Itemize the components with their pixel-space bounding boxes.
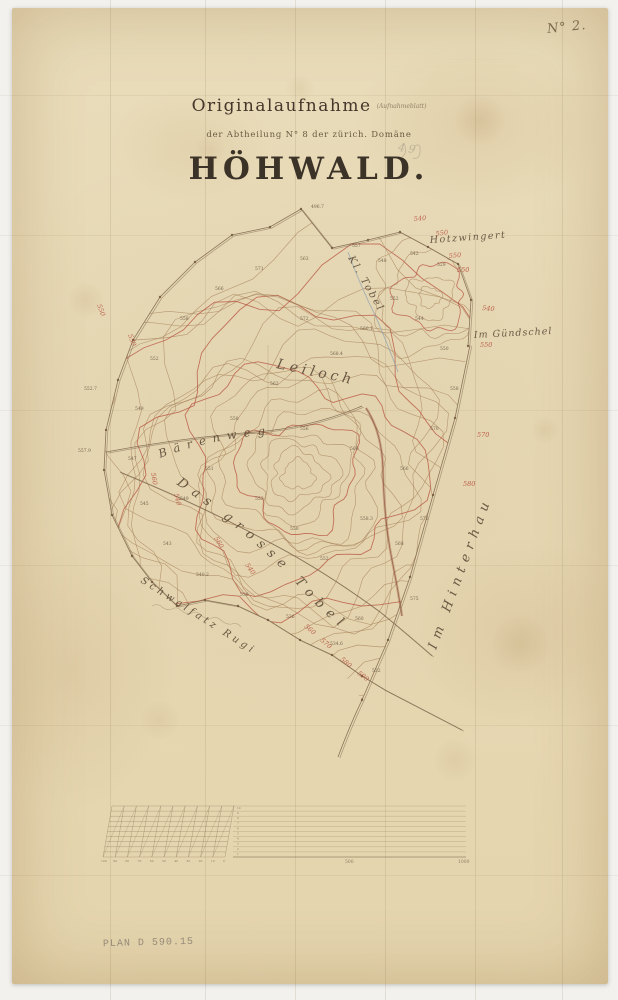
spot-height: 496.7 bbox=[311, 204, 324, 210]
spot-height: 552.7 bbox=[84, 386, 97, 392]
spot-height: 568.4 bbox=[330, 351, 343, 357]
contour-elevation: 560 bbox=[212, 535, 225, 550]
boundary-dot bbox=[457, 263, 459, 265]
label-schwalfatz-rugi: Schwalfatz Rugi bbox=[138, 575, 258, 657]
spot-height: 560 bbox=[355, 616, 364, 622]
contour-elevation: 540 bbox=[482, 304, 495, 313]
spot-height: 571 bbox=[255, 266, 264, 272]
boundary-dot bbox=[269, 226, 271, 228]
spot-height: 566 bbox=[400, 466, 409, 472]
scale-row-label: 5 bbox=[237, 832, 239, 836]
contour-elevation: 590 bbox=[356, 669, 371, 683]
spot-height: 548 bbox=[378, 258, 387, 264]
contour-elevation: 580 bbox=[463, 480, 475, 488]
contour bbox=[247, 432, 352, 526]
road-line bbox=[338, 345, 470, 757]
spot-height: 547 bbox=[128, 456, 137, 462]
scale-row-label: 2 bbox=[237, 847, 239, 851]
contour-elevation: 540 bbox=[413, 214, 426, 223]
label-baerenweg: Bärenweg bbox=[155, 423, 272, 461]
boundary-dot bbox=[105, 429, 107, 431]
spot-height: 550 bbox=[290, 526, 299, 532]
scale-minor-label: 70 bbox=[138, 859, 142, 863]
spot-height: 557.9 bbox=[78, 448, 91, 454]
scale-mid-label: 500 bbox=[345, 859, 354, 865]
boundary-dot bbox=[387, 639, 389, 641]
spot-height: 552 bbox=[150, 356, 159, 362]
label-im-guendschel: Im Gündschel bbox=[473, 326, 553, 341]
scale-minor-label: 30 bbox=[186, 859, 190, 863]
scale-minor-label: 100 bbox=[101, 859, 107, 863]
contour bbox=[199, 367, 422, 577]
boundary-dot bbox=[159, 296, 161, 298]
contour-elevation: 550 bbox=[95, 303, 107, 317]
spot-height: 538 bbox=[240, 592, 249, 598]
scale-row-label: 7 bbox=[237, 821, 239, 825]
spot-height: 572 bbox=[420, 516, 429, 522]
boundary-dot bbox=[409, 576, 411, 578]
pencil-scribbles bbox=[402, 143, 420, 158]
scale-minor-label: 0 bbox=[223, 859, 225, 863]
spot-height: 552 bbox=[320, 556, 329, 562]
contour-elevation-labels: 5405505505505405505505305605405605405605… bbox=[95, 214, 495, 683]
scale-bars: 1009080706050403020100109876543215001000 bbox=[101, 806, 470, 865]
boundary-dot bbox=[204, 599, 206, 601]
label-im-hinterhau: Im Hinterhau bbox=[425, 495, 495, 652]
scale-minor-label: 90 bbox=[113, 859, 117, 863]
spot-height: 543 bbox=[163, 541, 172, 547]
index-contour bbox=[234, 424, 360, 535]
boundary-dot bbox=[399, 231, 401, 233]
boundary-markers bbox=[103, 208, 472, 701]
spot-height: 558 bbox=[230, 416, 239, 422]
spot-height: 558 bbox=[180, 316, 189, 322]
boundary-dot bbox=[267, 619, 269, 621]
contour-elevation: 550 bbox=[457, 266, 469, 274]
contour-elevation: 560 bbox=[303, 622, 318, 636]
spot-height: 568 bbox=[395, 541, 404, 547]
spot-height: 536 bbox=[286, 614, 295, 620]
spot-height: 551 bbox=[205, 466, 214, 472]
scale-row-label: 6 bbox=[237, 826, 239, 830]
road-line bbox=[177, 600, 462, 730]
spot-height: 572 bbox=[300, 316, 309, 322]
scale-minor-label: 10 bbox=[211, 859, 215, 863]
spot-height: 566 bbox=[215, 286, 224, 292]
spot-height: 552 bbox=[390, 296, 399, 302]
contour bbox=[279, 456, 316, 489]
place-labels: Hotzwingert Im Gündschel Leiloch Kl. Tob… bbox=[138, 230, 552, 657]
spot-height: 570 bbox=[430, 426, 439, 432]
contour bbox=[271, 445, 331, 502]
spot-height: 532 bbox=[372, 668, 381, 674]
spot-height: 549 bbox=[135, 406, 144, 412]
contour-elevation: 560 bbox=[149, 472, 159, 486]
road-line-parallel bbox=[340, 346, 472, 758]
scale-minor-label: 20 bbox=[199, 859, 203, 863]
spot-height: 563 bbox=[300, 256, 309, 262]
scale-minor-label: 80 bbox=[125, 859, 129, 863]
scale-row-label: 4 bbox=[237, 837, 239, 841]
spot-height: 540.2 bbox=[196, 572, 209, 578]
contour-elevation: 550 bbox=[448, 251, 461, 260]
spot-height: 545 bbox=[140, 501, 149, 507]
spot-height: 553 bbox=[255, 496, 264, 502]
spot-height: 529 bbox=[437, 262, 446, 268]
contour-elevation: 550 bbox=[435, 228, 448, 238]
scale-minor-label: 50 bbox=[162, 859, 166, 863]
boundary-dot bbox=[237, 605, 239, 607]
spot-height: 549 bbox=[180, 496, 189, 502]
contour-elevation: 550 bbox=[480, 341, 492, 349]
scanned-map-sheet: { "sheet": { "handwritten_number": "N° 2… bbox=[0, 0, 618, 1000]
spot-height: 562 bbox=[270, 381, 279, 387]
spot-height: 542 bbox=[410, 251, 419, 257]
spot-height: 556 bbox=[300, 426, 309, 432]
boundary-dot bbox=[117, 379, 119, 381]
spot-height: 557 bbox=[352, 243, 361, 249]
boundary-dot bbox=[367, 239, 369, 241]
survey-map: Hotzwingert Im Gündschel Leiloch Kl. Tob… bbox=[0, 0, 618, 1000]
spot-height: 550 bbox=[440, 346, 449, 352]
boundary-dot bbox=[194, 261, 196, 263]
contour bbox=[165, 358, 444, 608]
scale-row-label: 9 bbox=[237, 811, 239, 815]
contour-elevation: 580 bbox=[339, 655, 354, 669]
spot-height: 534.6 bbox=[330, 641, 343, 647]
boundary-dot bbox=[331, 654, 333, 656]
boundary-dot bbox=[470, 299, 472, 301]
spot-height: 544 bbox=[415, 316, 424, 322]
contour-elevation: 570 bbox=[477, 431, 489, 439]
road-line bbox=[104, 235, 232, 606]
spot-height: 558.3 bbox=[360, 516, 373, 522]
label-leiloch: Leiloch bbox=[274, 356, 356, 388]
scale-minor-label: 60 bbox=[150, 859, 154, 863]
boundary-dot bbox=[454, 417, 456, 419]
boundary-dot bbox=[111, 514, 113, 516]
boundary-dot bbox=[131, 555, 133, 557]
scale-row-label: 8 bbox=[237, 816, 239, 820]
spot-height: 558 bbox=[450, 386, 459, 392]
spot-height: 560 bbox=[350, 446, 359, 452]
scale-end-label: 1000 bbox=[458, 859, 470, 865]
boundary-dot bbox=[427, 246, 429, 248]
scale-minor-label: 40 bbox=[174, 859, 178, 863]
spot-height: 575 bbox=[410, 596, 419, 602]
scale-row-label: 3 bbox=[237, 842, 239, 846]
boundary-dot bbox=[331, 247, 333, 249]
spot-height-numbers: 496.7557548542529563571566558552.7557.95… bbox=[78, 204, 459, 674]
contour bbox=[378, 245, 483, 339]
boundary-dot bbox=[467, 345, 469, 347]
scale-row-label: 1 bbox=[237, 852, 239, 856]
scale-row-label: 10 bbox=[237, 806, 241, 810]
boundary-dot bbox=[299, 639, 301, 641]
boundary-dot bbox=[300, 208, 302, 210]
spot-height: 560.1 bbox=[360, 326, 373, 332]
contour bbox=[17, 212, 548, 697]
boundary-dot bbox=[231, 234, 233, 236]
boundary-dot bbox=[103, 469, 105, 471]
boundary-dot bbox=[432, 494, 434, 496]
contour bbox=[50, 288, 530, 714]
boundary-dot bbox=[361, 699, 363, 701]
